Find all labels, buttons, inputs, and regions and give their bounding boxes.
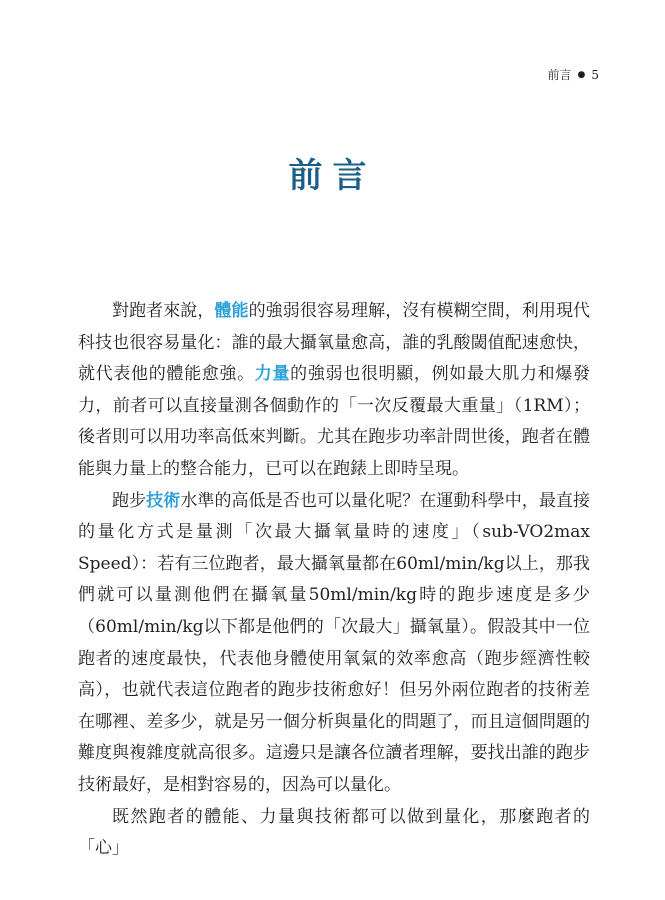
highlight-term-strength: 力量 (255, 364, 290, 384)
header-section-title: 前言 (547, 66, 571, 83)
paragraph-1: 對跑者來說，體能的強弱很容易理解，沒有模糊空間，利用現代科技也很容易量化：誰的最… (78, 296, 590, 486)
text-segment: 既然跑者的體能、力量與技術都可以做到量化，那麼跑者的「心」 (78, 807, 590, 859)
highlight-term-physical-fitness: 體能 (214, 301, 248, 321)
paragraph-3: 既然跑者的體能、力量與技術都可以做到量化，那麼跑者的「心」 (78, 802, 590, 865)
text-segment: 跑步 (112, 491, 146, 511)
text-segment: 水準的高低是否也可以量化呢？在運動科學中，最直接的量化方式是量測「次最大攝氧量時… (78, 491, 590, 795)
text-segment: 對跑者來說， (112, 301, 214, 321)
highlight-term-technique: 技術 (146, 491, 180, 511)
bullet-separator-icon: ● (578, 70, 586, 80)
page-number: 5 (591, 68, 599, 82)
running-header: 前言 ● 5 (547, 66, 599, 83)
paragraph-2: 跑步技術水準的高低是否也可以量化呢？在運動科學中，最直接的量化方式是量測「次最大… (78, 486, 590, 802)
chapter-title: 前言 (0, 148, 665, 197)
body-text: 對跑者來說，體能的強弱很容易理解，沒有模糊空間，利用現代科技也很容易量化：誰的最… (78, 296, 590, 865)
